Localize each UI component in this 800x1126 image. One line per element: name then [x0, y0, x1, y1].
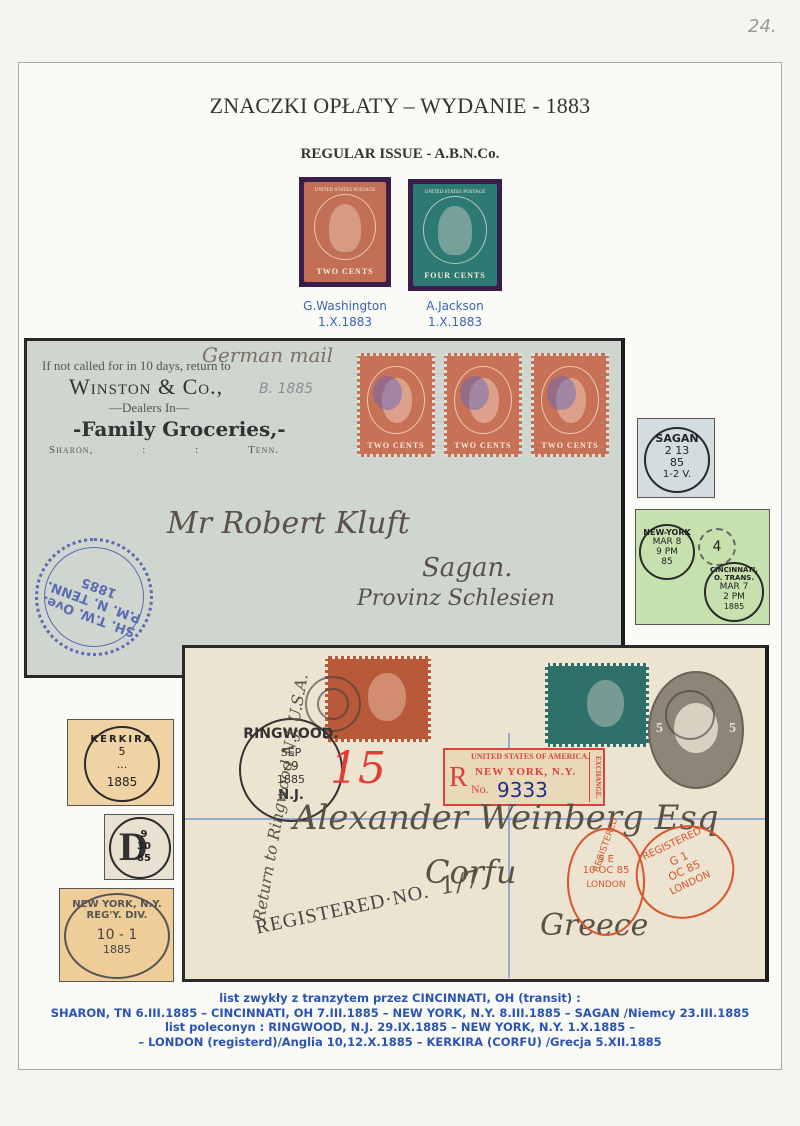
stamp-denomination: FOUR CENTS	[413, 271, 497, 280]
address-name: Mr Robert Kluft	[167, 506, 410, 541]
cover-sharon-to-sagan: German mail If not called for in 10 days…	[24, 338, 625, 678]
postmark-line: ...	[86, 758, 158, 771]
portrait-icon	[438, 206, 472, 255]
postmark-line: 1-2 V.	[646, 469, 708, 481]
postmark-line: 1885	[66, 943, 168, 956]
stamp-caption-jackson: A.Jackson 1.X.1883	[405, 298, 505, 330]
grid-cancel-number: 4	[700, 530, 734, 564]
stamp-washington: UNITED STATES POSTAGE TWO CENTS	[299, 177, 391, 287]
postmark-line: 2 PM	[706, 592, 762, 602]
stamp-header: UNITED STATES POSTAGE	[304, 188, 386, 193]
goods-line: -Family Groceries,-	[73, 417, 286, 441]
page-title: ZNACZKI OPŁATY – WYDANIE - 1883	[0, 93, 800, 119]
postmark-line: 1885	[706, 602, 762, 612]
place-line: Sharon, : : Tenn.	[49, 444, 279, 456]
stamp-date: 1.X.1883	[295, 314, 395, 330]
reg-exchange: EXCHANGE.	[589, 752, 602, 802]
indicium-value: 5	[656, 721, 663, 737]
postmark-name: CINCINNATI, O. TRANS.	[706, 566, 762, 582]
return-instruction: If not called for in 10 days, return to	[42, 358, 231, 374]
postmark-line: 9	[137, 829, 151, 841]
sagan-postmark-box: SAGAN 2 13 85 1-2 V.	[637, 418, 715, 498]
postmark-line: 85	[641, 557, 693, 567]
stamp-name: G.Washington	[295, 298, 395, 314]
caption-line: SHARON, TN 6.III.1885 – CINCINNATI, OH 7…	[0, 1006, 800, 1021]
postmark-name: KERKIRA	[86, 734, 158, 745]
stamp-date: 1.X.1883	[405, 314, 505, 330]
page-number: 24.	[748, 16, 777, 37]
place-state: Tenn.	[248, 444, 279, 456]
new-york-registry-postmark-box: NEW YORK, N.Y. REG'Y. DIV. 10 - 1 1885	[59, 888, 174, 982]
postmark-line: 30	[137, 841, 151, 853]
postmark-line: 5	[86, 745, 158, 758]
cancel-text: SH. T.W. Ove. P.M. N. TENN. 1885	[34, 561, 155, 642]
sharon-cancel-postmark: SH. T.W. Ove. P.M. N. TENN. 1885	[35, 538, 153, 656]
postmark-line: MAR 8	[641, 537, 693, 547]
postmark-line: 10 - 1	[66, 927, 168, 943]
stamp-header: UNITED STATES POSTAGE	[413, 190, 497, 195]
dealers-line: —Dealers In—	[109, 400, 189, 416]
page-subtitle: REGULAR ISSUE - A.B.N.Co.	[0, 146, 800, 163]
postmark-name: NEW YORK, N.Y. REG'Y. DIV.	[66, 899, 168, 921]
stamp-name: A.Jackson	[405, 298, 505, 314]
reg-letter: R	[449, 762, 468, 794]
stamp-denomination: TWO CENTS	[304, 267, 386, 276]
stamp-4c-jackson	[545, 663, 649, 747]
caption-line: – LONDON (registerd)/Anglia 10,12.X.1885…	[0, 1035, 800, 1050]
exhibit-caption: list zwykły z tranzytem przez CINCINNATI…	[0, 991, 800, 1049]
transit-postmarks-box: NEW-YORK MAR 8 9 PM 85 4 CINCINNATI, O. …	[635, 509, 770, 625]
reg-line-1: UNITED STATES OF AMERICA.	[471, 752, 589, 761]
postmark-line: MAR 7	[706, 582, 762, 592]
pencil-note: B. 1885	[259, 381, 313, 397]
london-registered-postmark: REGISTERED 5 E 10 OC 85 LONDON	[567, 828, 645, 936]
caption-line: list zwykły z tranzytem przez CINCINNATI…	[0, 991, 800, 1006]
place-sep: :	[195, 444, 199, 456]
company-name: Winston & Co.,	[69, 374, 223, 400]
stamp-caption-washington: G.Washington 1.X.1883	[295, 298, 395, 330]
place-sep: :	[142, 444, 146, 456]
address-name: Alexander Weinberg Esq	[293, 798, 719, 838]
portrait-icon	[329, 204, 362, 252]
place-town: Sharon,	[49, 444, 93, 456]
postmark-city: LONDON	[569, 880, 643, 890]
registered-no-handstamp: REGISTERED·NO. 1/7	[253, 864, 484, 939]
postmark-line: 85	[646, 457, 708, 469]
postmark-name: NEW-YORK	[641, 528, 693, 537]
red-crayon-mark: 15	[330, 743, 386, 794]
kerkira-postmark-box: KERKIRA 5 ... 1885	[67, 719, 174, 806]
strip-stamp: TWO CENTS	[444, 353, 522, 457]
target-cancel-ring	[317, 688, 349, 720]
target-cancel-icon	[665, 690, 715, 740]
strip-stamp: TWO CENTS	[531, 353, 609, 457]
strip-stamp: TWO CENTS	[357, 353, 435, 457]
reg-line-2: NEW YORK, N.Y.	[475, 766, 576, 778]
address-province: Provinz Schlesien	[357, 586, 555, 611]
postmark-line: 85	[137, 853, 151, 865]
d-postmark-box: D 9 30 85	[104, 814, 174, 880]
registered-no-text: REGISTERED·NO.	[254, 880, 431, 938]
cover-ringwood-to-corfu: 5 5 RINGWOOD. SEP 29 1885 N.J. 15 R UNIT…	[182, 645, 769, 982]
indicium-value: 5	[729, 721, 736, 737]
reg-line-3: No.	[471, 782, 489, 797]
postmark-line: 9 PM	[641, 547, 693, 557]
postmark-line: 1885	[86, 775, 158, 789]
stamp-jackson: UNITED STATES POSTAGE FOUR CENTS	[408, 179, 502, 291]
address-city: Sagan.	[422, 553, 512, 583]
caption-line: list poleconyn : RINGWOOD, N.J. 29.IX.18…	[0, 1020, 800, 1035]
